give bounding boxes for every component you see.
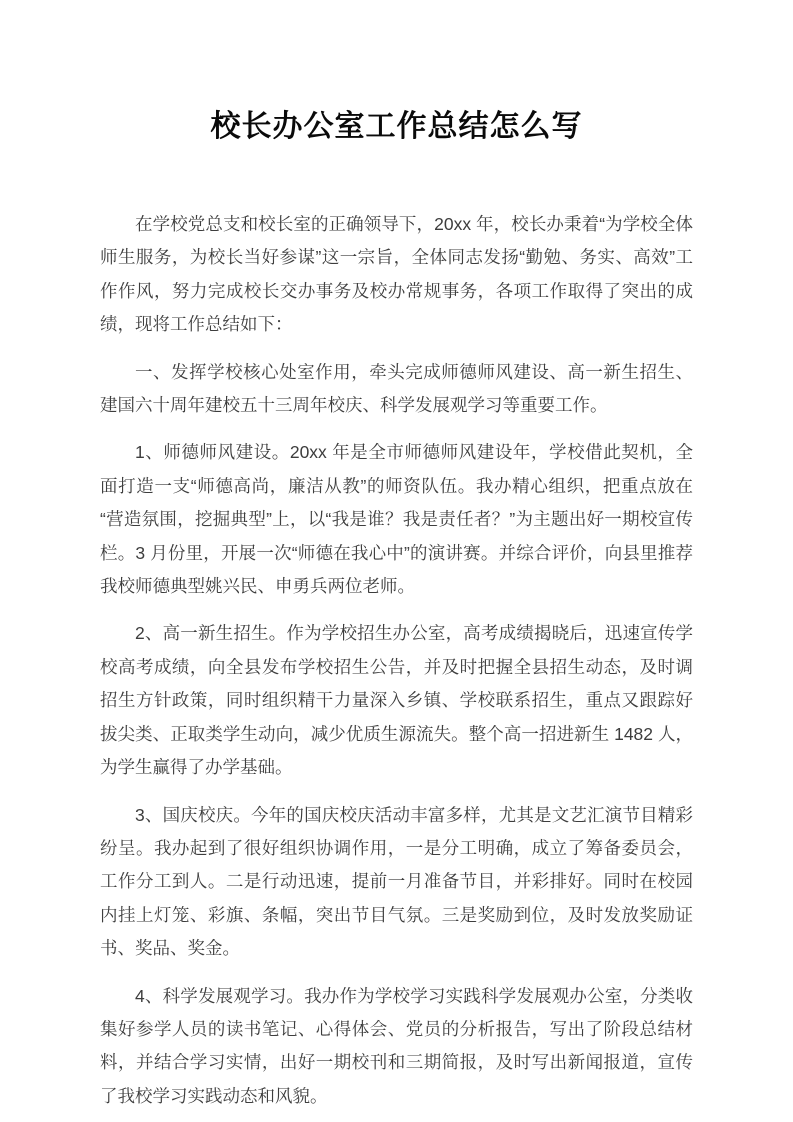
document-page: 校长办公室工作总结怎么写 在学校党总支和校长室的正确领导下，20xx 年，校长办… [0, 0, 793, 1122]
document-title: 校长办公室工作总结怎么写 [0, 0, 793, 148]
paragraph-intro: 在学校党总支和校长室的正确领导下，20xx 年，校长办秉着“为学校全体师生服务，… [100, 208, 693, 342]
paragraph-item-1-teacher-ethics: 1、师德师风建设。20xx 年是全市师德师风建设年，学校借此契机，全面打造一支“… [100, 436, 693, 603]
document-body: 在学校党总支和校长室的正确领导下，20xx 年，校长办秉着“为学校全体师生服务，… [100, 208, 693, 1113]
paragraph-item-4-study: 4、科学发展观学习。我办作为学校学习实践科学发展观办公室，分类收集好参学人员的读… [100, 980, 693, 1114]
paragraph-item-2-enrollment: 2、高一新生招生。作为学校招生办公室，高考成绩揭晓后，迅速宣传学校高考成绩，向全… [100, 617, 693, 784]
paragraph-section-one: 一、发挥学校核心处室作用，牵头完成师德师风建设、高一新生招生、建国六十周年建校五… [100, 356, 693, 423]
paragraph-item-3-anniversary: 3、国庆校庆。今年的国庆校庆活动丰富多样，尤其是文艺汇演节目精彩纷呈。我办起到了… [100, 799, 693, 966]
